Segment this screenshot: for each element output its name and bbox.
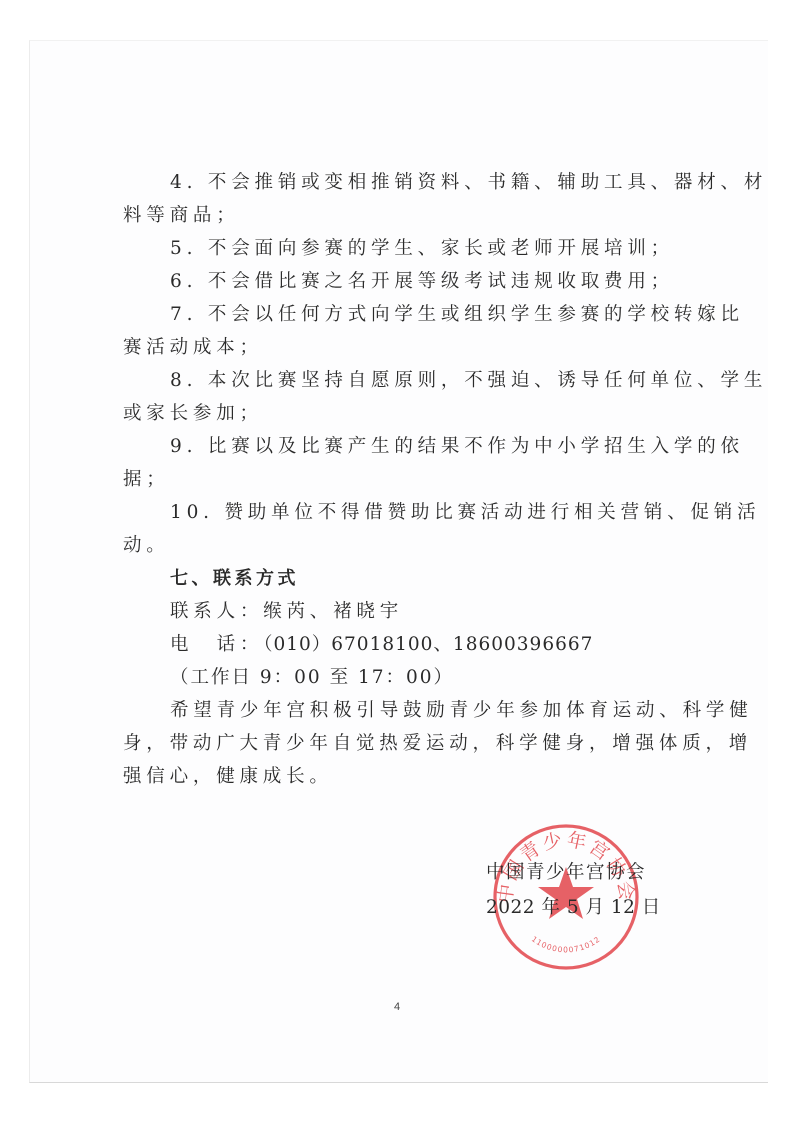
document-body: 4. 不会推销或变相推销资料、书籍、辅助工具、器材、材 料等商品； 5. 不会面…: [123, 166, 671, 793]
contact-phone-row: 电 话：（010）67018100、18600396667: [123, 628, 671, 661]
contact-person-label: 联系人：: [170, 601, 263, 622]
contact-phone-label: 电 话：: [170, 634, 263, 655]
list-item-4-line-2: 料等商品；: [123, 199, 671, 232]
signature-organization: 中国青少年宫协会: [486, 855, 661, 890]
closing-line-1: 希望青少年宫积极引导鼓励青少年参加体育运动、科学健: [123, 694, 671, 727]
list-item-9-line-1: 9. 比赛以及比赛产生的结果不作为中小学招生入学的依: [123, 430, 671, 463]
list-item-8-line-1: 8. 本次比赛坚持自愿原则，不强迫、诱导任何单位、学生: [123, 364, 671, 397]
signature-date: 2022 年 5 月 12 日: [486, 890, 661, 925]
list-item-7-line-1: 7. 不会以任何方式向学生或组织学生参赛的学校转嫁比: [123, 298, 671, 331]
contact-phone-number: （010）67018100、18600396667: [263, 634, 593, 655]
section-heading-contact: 七、联系方式: [123, 562, 671, 595]
seal-number: 1100000071012: [530, 934, 602, 954]
list-item-7-line-2: 赛活动成本；: [123, 331, 671, 364]
page-number: 4: [394, 1001, 400, 1013]
list-item-6: 6. 不会借比赛之名开展等级考试违规收取费用；: [123, 265, 671, 298]
closing-line-3: 强信心，健康成长。: [123, 760, 671, 793]
svg-text:1100000071012: 1100000071012: [530, 934, 602, 954]
list-item-4-line-1: 4. 不会推销或变相推销资料、书籍、辅助工具、器材、材: [123, 166, 671, 199]
signature-block: 中国青少年宫协会 2022 年 5 月 12 日: [486, 855, 661, 925]
list-item-9-line-2: 据；: [123, 463, 671, 496]
list-item-8-line-2: 或家长参加；: [123, 397, 671, 430]
list-item-5: 5. 不会面向参赛的学生、家长或老师开展培训；: [123, 232, 671, 265]
contact-person-names: 缑芮、褚晓宇: [263, 601, 403, 622]
closing-line-2: 身，带动广大青少年自觉热爱运动，科学健身，增强体质，增: [123, 727, 671, 760]
contact-person-row: 联系人：缑芮、褚晓宇: [123, 595, 671, 628]
list-item-10-line-1: 10. 赞助单位不得借赞助比赛活动进行相关营销、促销活: [123, 496, 671, 529]
list-item-10-line-2: 动。: [123, 529, 671, 562]
contact-hours: （工作日 9：00 至 17：00）: [123, 661, 671, 694]
